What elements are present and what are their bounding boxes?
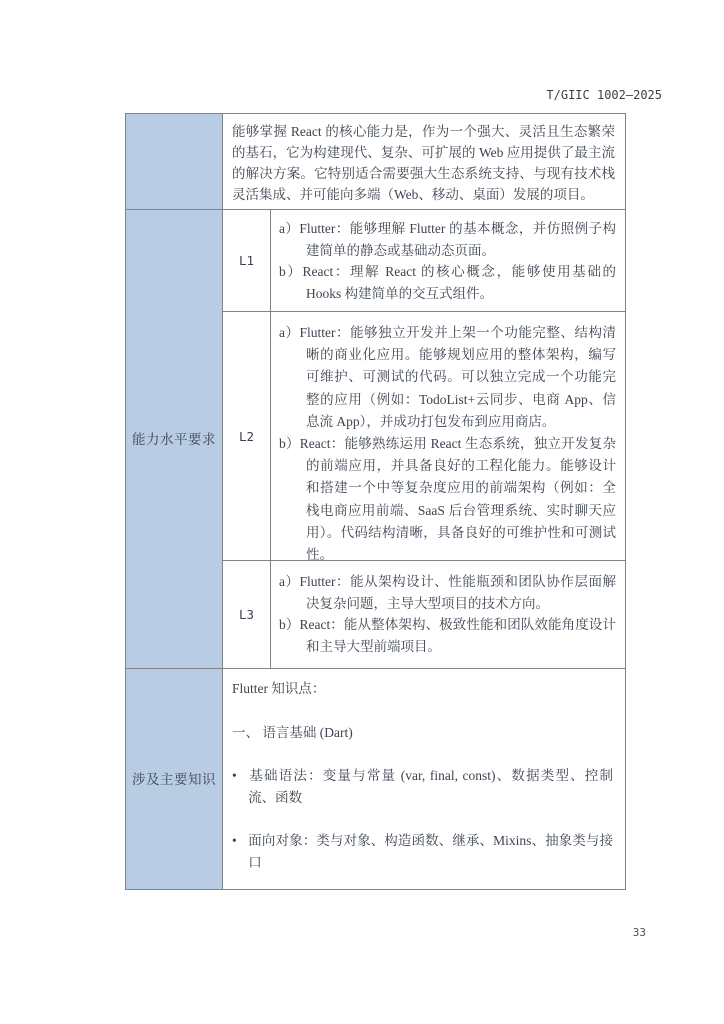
- bullet-text: 基础语法：变量与常量 (var, final, const)、数据类型、控制流、…: [248, 768, 613, 805]
- l1-item-react: b）React：理解 React 的核心概念，能够使用基础的 Hooks 构建简…: [279, 261, 616, 304]
- row-label-main-knowledge: 涉及主要知识: [126, 669, 223, 890]
- react-intro-cell: 能够掌握 React 的核心能力是，作为一个强大、灵活且生态繁荣的基石，它为构建…: [223, 114, 626, 210]
- knowledge-bullet-oop: •面向对象：类与对象、构造函数、继承、Mixins、抽象类与接口: [232, 830, 613, 874]
- flutter-knowledge-heading: Flutter 知识点：: [232, 678, 613, 700]
- l2-item-flutter: a）Flutter：能够独立开发并上架一个功能完整、结构清晰的商业化应用。能够规…: [279, 322, 616, 433]
- empty-label-cell: [126, 114, 223, 210]
- level-label-l3: L3: [223, 561, 271, 669]
- level-l2-content-cell: a）Flutter：能够独立开发并上架一个功能完整、结构清晰的商业化应用。能够规…: [271, 312, 626, 561]
- knowledge-bullet-syntax: •基础语法：变量与常量 (var, final, const)、数据类型、控制流…: [232, 765, 613, 809]
- l3-item-flutter: a）Flutter：能从架构设计、性能瓶颈和团队协作层面解决复杂问题，主导大型项…: [279, 571, 616, 614]
- level-l3-content-cell: a）Flutter：能从架构设计、性能瓶颈和团队协作层面解决复杂问题，主导大型项…: [271, 561, 626, 669]
- bullet-text: 面向对象：类与对象、构造函数、继承、Mixins、抽象类与接口: [248, 833, 613, 870]
- bullet-icon: •: [232, 765, 248, 787]
- level-label-l1: L1: [223, 210, 271, 312]
- level-l1-content-cell: a）Flutter：能够理解 Flutter 的基本概念，并仿照例子构建简单的静…: [271, 210, 626, 312]
- capability-table: 能够掌握 React 的核心能力是，作为一个强大、灵活且生态繁荣的基石，它为构建…: [125, 113, 626, 890]
- level-label-l2: L2: [223, 312, 271, 561]
- l2-item-react: b）React：能够熟练运用 React 生态系统，独立开发复杂的前端应用，并具…: [279, 433, 616, 561]
- document-header-code: T/GIIC 1002—2025: [546, 88, 662, 102]
- document-page: T/GIIC 1002—2025 能够掌握 React 的核心能力是，作为一个强…: [0, 0, 724, 1024]
- page-number: 33: [633, 926, 646, 939]
- bullet-icon: •: [232, 830, 248, 852]
- dart-language-basics-subheading: 一、 语言基础 (Dart): [232, 722, 613, 744]
- react-intro-paragraph: 能够掌握 React 的核心能力是，作为一个强大、灵活且生态繁荣的基石，它为构建…: [232, 121, 615, 205]
- row-label-capability-requirements: 能力水平要求: [126, 210, 223, 669]
- knowledge-content-cell: Flutter 知识点： 一、 语言基础 (Dart) •基础语法：变量与常量 …: [223, 669, 626, 890]
- l1-item-flutter: a）Flutter：能够理解 Flutter 的基本概念，并仿照例子构建简单的静…: [279, 218, 616, 261]
- l3-item-react: b）React：能从整体架构、极致性能和团队效能角度设计和主导大型前端项目。: [279, 614, 616, 657]
